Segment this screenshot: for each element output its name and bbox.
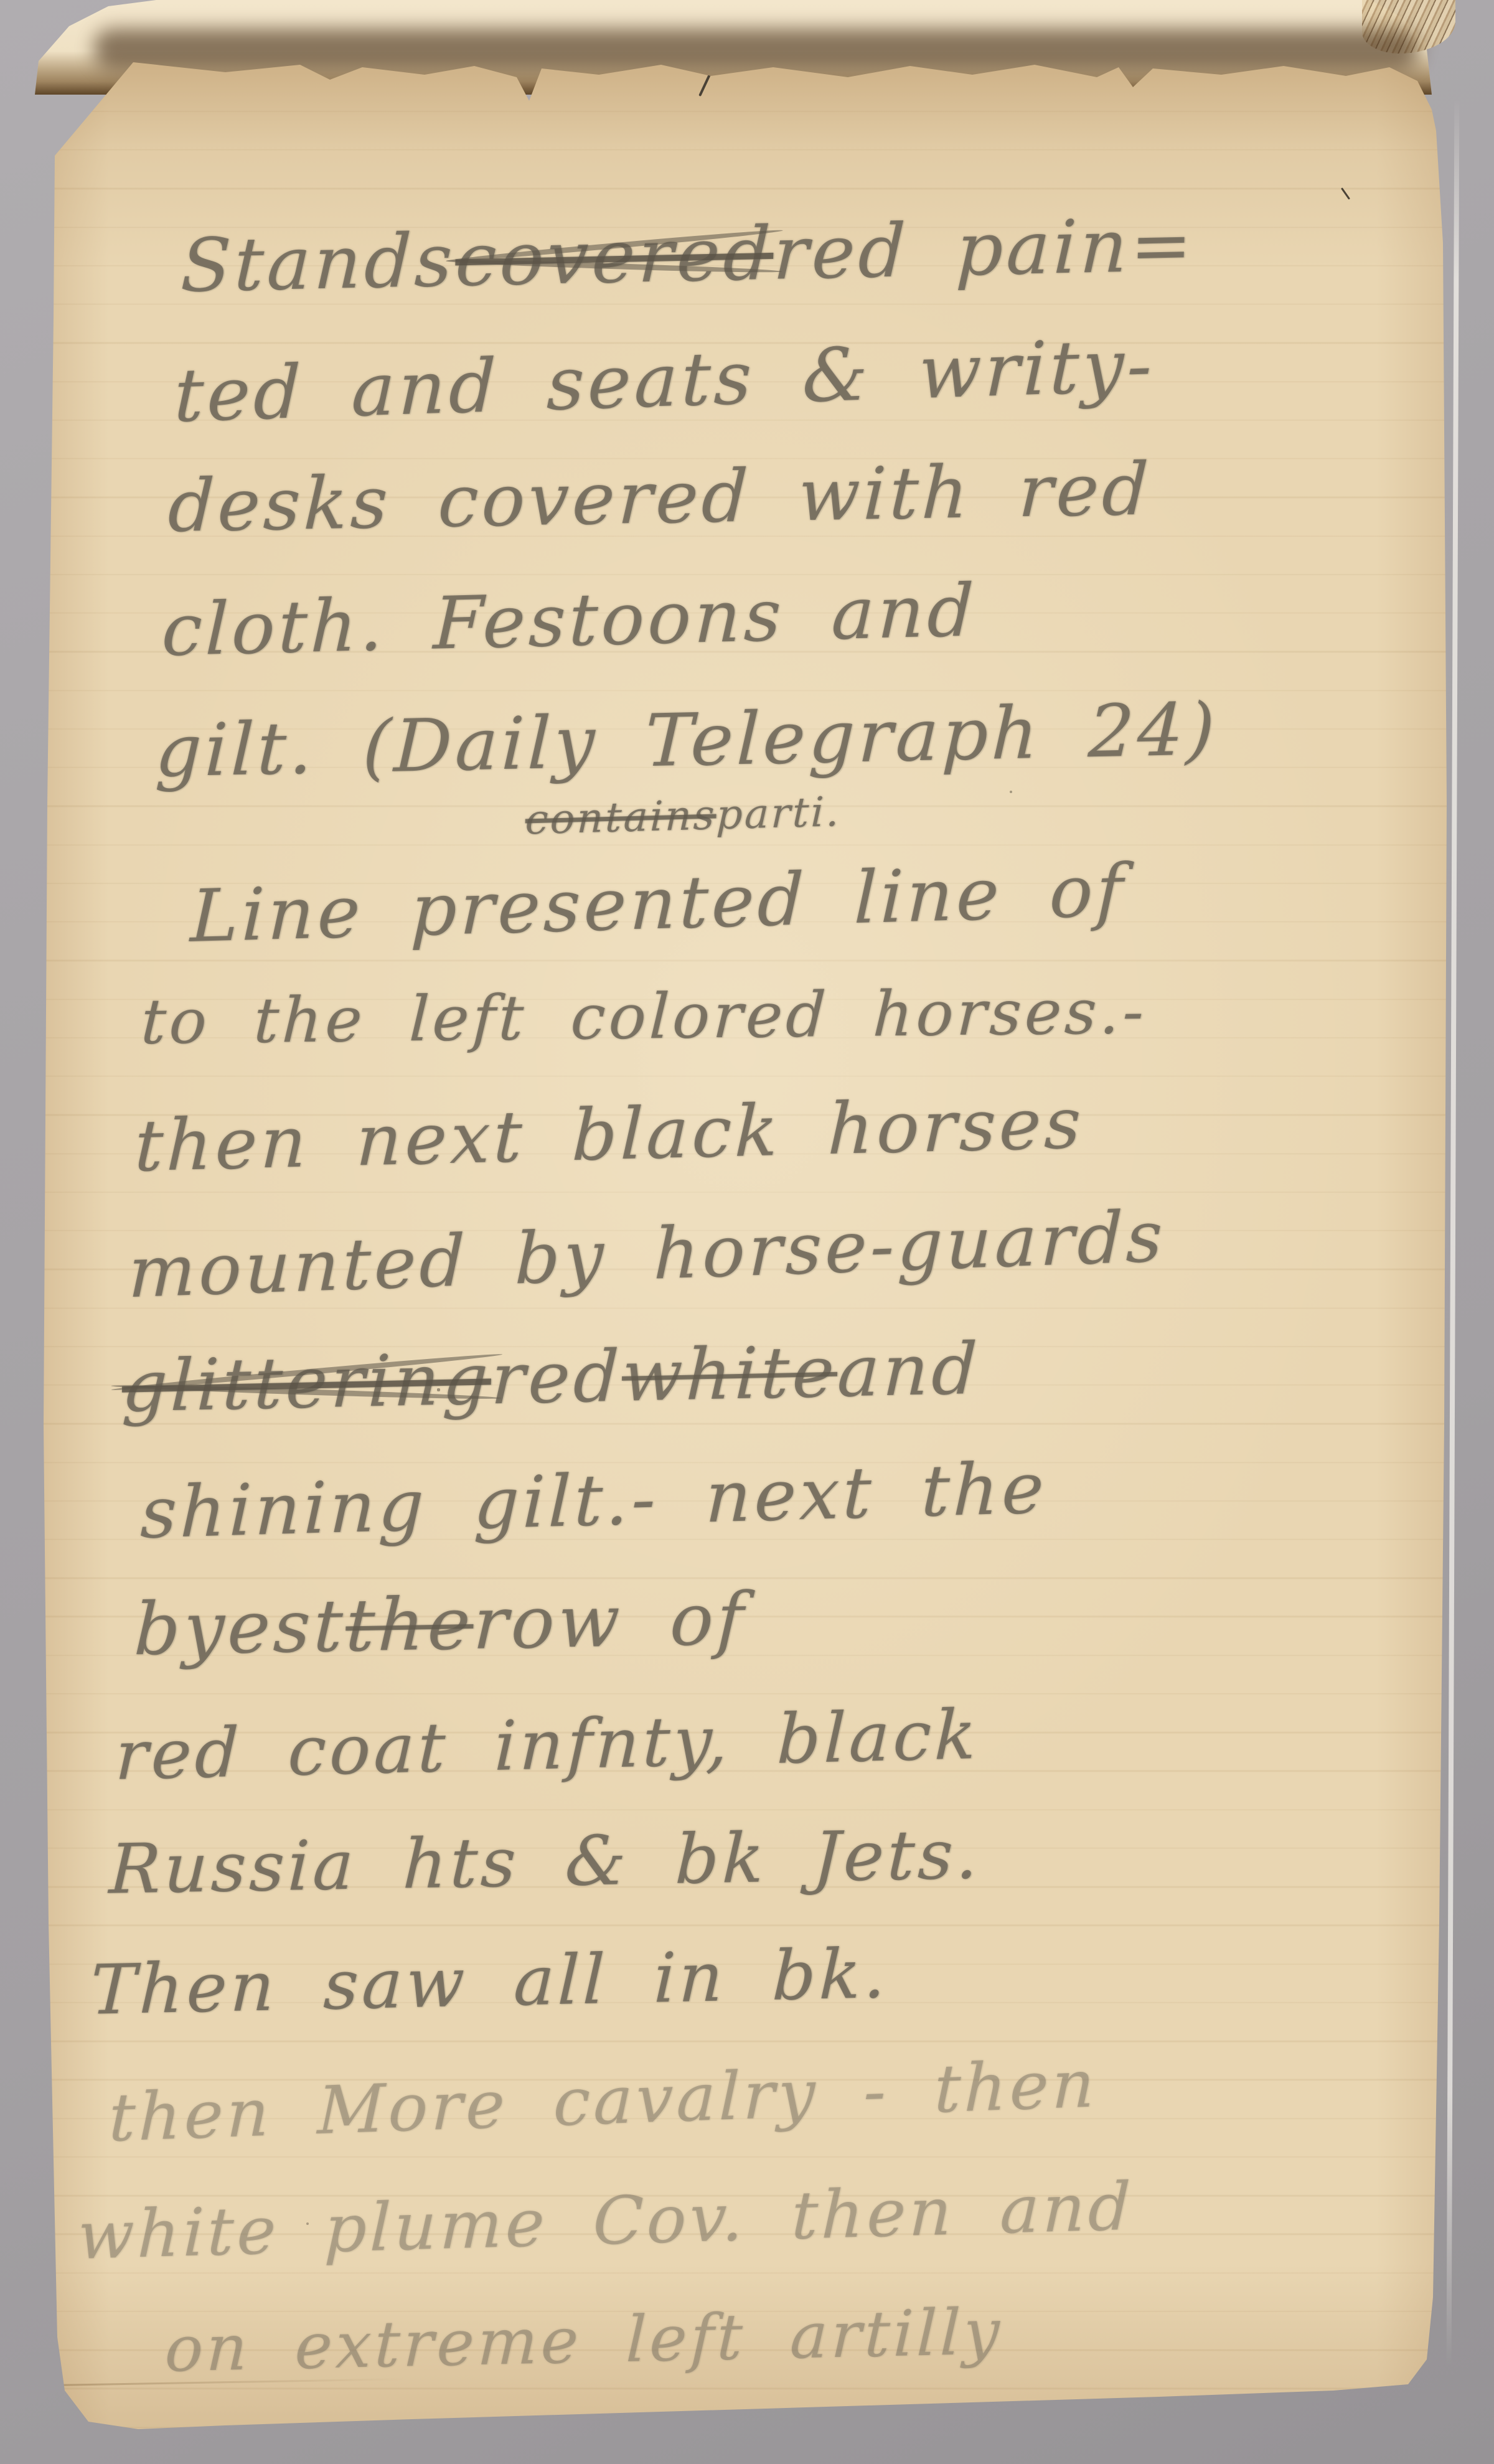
handwritten-text: red [490,1334,623,1419]
struck-word: covered [454,210,774,303]
handwritten-text: Russia hts & bk Jets. [108,1814,982,1909]
handwritten-text: then More cavalry - then [108,2046,1098,2156]
handwritten-text: ted and seats & writy- [173,322,1155,438]
handwritten-text: on extreme left artilly [164,2295,1003,2386]
handwriting-line: to the left colored horses.- [139,952,1437,1078]
handwritten-text: desks covered with red [167,447,1153,548]
struck-word: contains [525,791,717,844]
handwritten-text: parti. [716,788,842,839]
handwritten-text: and [836,1327,982,1413]
handwritten-text: shining gilt.- next the [139,1446,1048,1554]
handwritten-text: then next black horses [134,1081,1085,1187]
page-right-edge-highlight [1447,100,1460,2366]
handwritten-text: row of [472,1577,748,1666]
notebook-page: Stands covered red pain=ted and seats & … [39,56,1447,2429]
struck-word: white [621,1330,839,1417]
handwritten-text: cloth. Festoons and [161,568,978,672]
handwritten-text: Stands [179,217,456,309]
handwritten-text: red coat infnty, black [114,1695,980,1795]
handwritten-text: white plume Cov. then and [77,2168,1134,2274]
handwritten-text: Line presented line of [189,849,1127,959]
struck-word: the [344,1581,475,1668]
handwriting-lines: Stands covered red pain=ted and seats & … [19,56,1484,2429]
handwritten-text: to the left colored horses.- [139,974,1149,1058]
handwritten-text: red pain= [772,202,1196,296]
scan-background: Stands covered red pain=ted and seats & … [0,0,1494,2464]
handwritten-text: Then saw all in bk. [89,1934,890,2030]
handwritten-text: byest [133,1584,347,1672]
struck-word: glittering [121,1337,492,1427]
handwritten-text: mounted by horse-guards [128,1195,1166,1314]
torn-edge-shadow [93,29,1419,68]
